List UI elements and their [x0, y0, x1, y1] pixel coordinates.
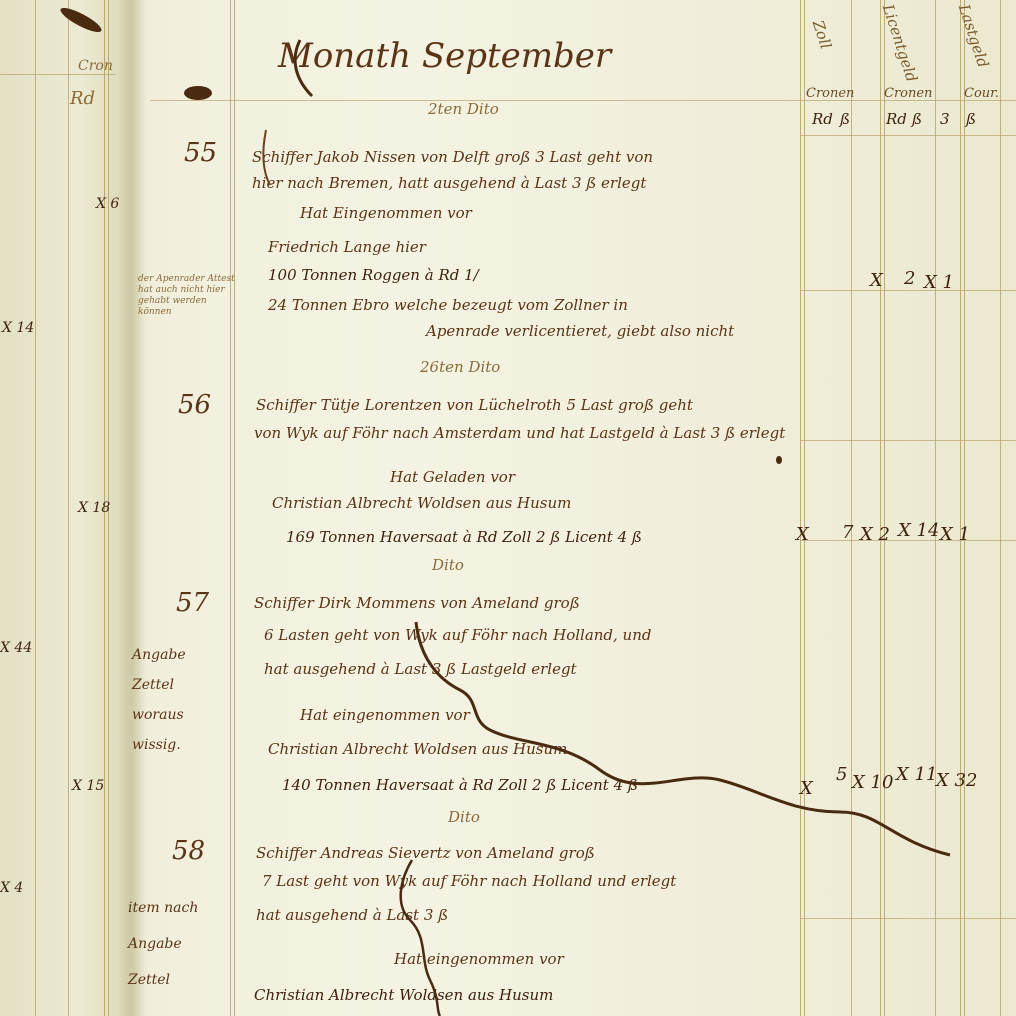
cancellation-stroke: [0, 0, 1016, 1016]
ledger-page: Cron Rd X 6 X 14 X 18 X 44 X 15 X 4 Mona…: [0, 0, 1016, 1016]
